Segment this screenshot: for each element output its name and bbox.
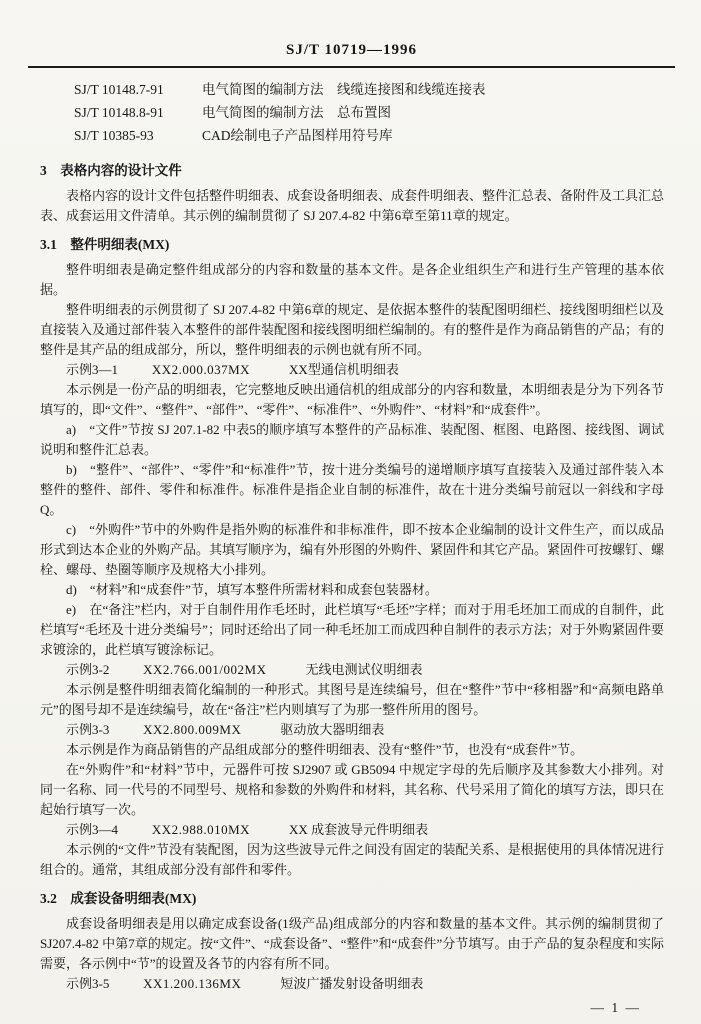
example-doc-number: XX2.000.037MX (152, 360, 250, 380)
list-item-c: c) “外购件”节中的外购件是指外购的标准件和非标准件，即不按本企业编制的设计文… (40, 520, 664, 580)
paragraph: 整件明细表的示例贯彻了 SJ 207.4-82 中第6章的规定、是依据本整件的装… (40, 300, 664, 360)
reference-code: SJ/T 10148.8-91 (74, 101, 202, 124)
example-row: 示例3—1 XX2.000.037MX XX型通信机明细表 (66, 360, 664, 380)
example-row: 示例3-3 XX2.800.009MX 驱动放大器明细表 (66, 720, 664, 740)
reference-item: SJ/T 10148.8-91 电气简图的编制方法 总布置图 (74, 101, 663, 124)
example-doc-number: XX1.200.136MX (143, 974, 241, 994)
reference-title: 电气简图的编制方法 线缆连接图和线缆连接表 (202, 78, 486, 101)
reference-item: SJ/T 10148.7-91 电气简图的编制方法 线缆连接图和线缆连接表 (74, 78, 663, 101)
list-item-a: a) “文件”节按 SJ 207.1-82 中表5的顺序填写本整件的产品标准、装… (40, 420, 664, 460)
example-label: 示例3-2 (66, 660, 109, 680)
reference-title: 电气简图的编制方法 总布置图 (202, 101, 391, 124)
section-heading: 3 表格内容的设计文件 (40, 161, 664, 181)
reference-list: SJ/T 10148.7-91 电气简图的编制方法 线缆连接图和线缆连接表 SJ… (74, 78, 663, 147)
reference-title: CAD绘制电子产品图样用符号库 (202, 124, 393, 147)
example-label: 示例3—4 (66, 820, 118, 840)
example-label: 示例3—1 (66, 360, 118, 380)
example-label: 示例3-5 (66, 974, 109, 994)
paragraph: 本示例是整件明细表简化编制的一种形式。其图号是连续编号，但在“整件”节中“移相器… (40, 680, 664, 720)
example-title: 短波广播发射设备明细表 (280, 974, 423, 994)
list-item-b: b) “整件”、“部件”、“零件”和“标准件”节，按十进分类编号的递增顺序填写直… (40, 460, 664, 520)
section-heading: 3.2 成套设备明细表(MX) (40, 889, 664, 909)
document-header: SJ/T 10719—1996 (40, 42, 663, 59)
section-heading: 3.1 整件明细表(MX) (40, 235, 664, 255)
scanned-standard-page: SJ/T 10719—1996 SJ/T 10148.7-91 电气简图的编制方… (0, 0, 701, 1024)
paragraph: 本示例是作为商品销售的产品组成部分的整件明细表、没有“整件”节，也没有“成套件”… (40, 740, 664, 760)
example-row: 示例3—4 XX2.988.010MX XX 成套波导元件明细表 (66, 820, 664, 840)
standard-number: SJ/T 10719—1996 (40, 42, 663, 59)
paragraph: 本示例是一份产品的明细表，它完整地反映出通信机的组成部分的内容和数量，本明细表是… (40, 380, 664, 420)
document-body: 3 表格内容的设计文件 表格内容的设计文件包括整件明细表、成套设备明细表、成套件… (40, 161, 664, 994)
paragraph: 整件明细表是确定整件组成部分的内容和数量的基本文件。是各企业组织生产和进行生产管… (40, 260, 664, 300)
header-rule (28, 66, 675, 68)
paragraph: 表格内容的设计文件包括整件明细表、成套设备明细表、成套件明细表、整件汇总表、备附… (40, 186, 664, 226)
example-label: 示例3-3 (66, 720, 109, 740)
list-item-d: d) “材料”和“成套件”节，填写本整件所需材料和成套包装器材。 (40, 580, 664, 600)
reference-item: SJ/T 10385-93 CAD绘制电子产品图样用符号库 (74, 124, 663, 147)
paragraph: 在“外购件”和“材料”节中，元器件可按 SJ2907 或 GB5094 中规定字… (40, 760, 664, 820)
reference-code: SJ/T 10385-93 (74, 124, 202, 147)
example-title: XX型通信机明细表 (289, 360, 399, 380)
list-item-e: e) 在“备注”栏内，对于自制件用作毛坯时，此栏填写“毛坯”字样；而对于用毛坯加… (40, 600, 664, 660)
example-title: 无线电测试仪明细表 (305, 660, 422, 680)
page-number: — 1 — (40, 1000, 663, 1016)
example-doc-number: XX2.800.009MX (143, 720, 241, 740)
reference-code: SJ/T 10148.7-91 (74, 78, 202, 101)
example-doc-number: XX2.766.001/002MX (143, 660, 266, 680)
example-title: XX 成套波导元件明细表 (289, 820, 428, 840)
example-title: 驱动放大器明细表 (280, 720, 384, 740)
example-doc-number: XX2.988.010MX (152, 820, 250, 840)
paragraph: 成套设备明细表是用以确定成套设备(1级产品)组成部分的内容和数量的基本文件。其示… (40, 914, 664, 974)
example-row: 示例3-2 XX2.766.001/002MX 无线电测试仪明细表 (66, 660, 664, 680)
example-row: 示例3-5 XX1.200.136MX 短波广播发射设备明细表 (66, 974, 664, 994)
paragraph: 本示例的“文件”节没有装配图，因为这些波导元件之间没有固定的装配关系、是根据使用… (40, 840, 664, 880)
